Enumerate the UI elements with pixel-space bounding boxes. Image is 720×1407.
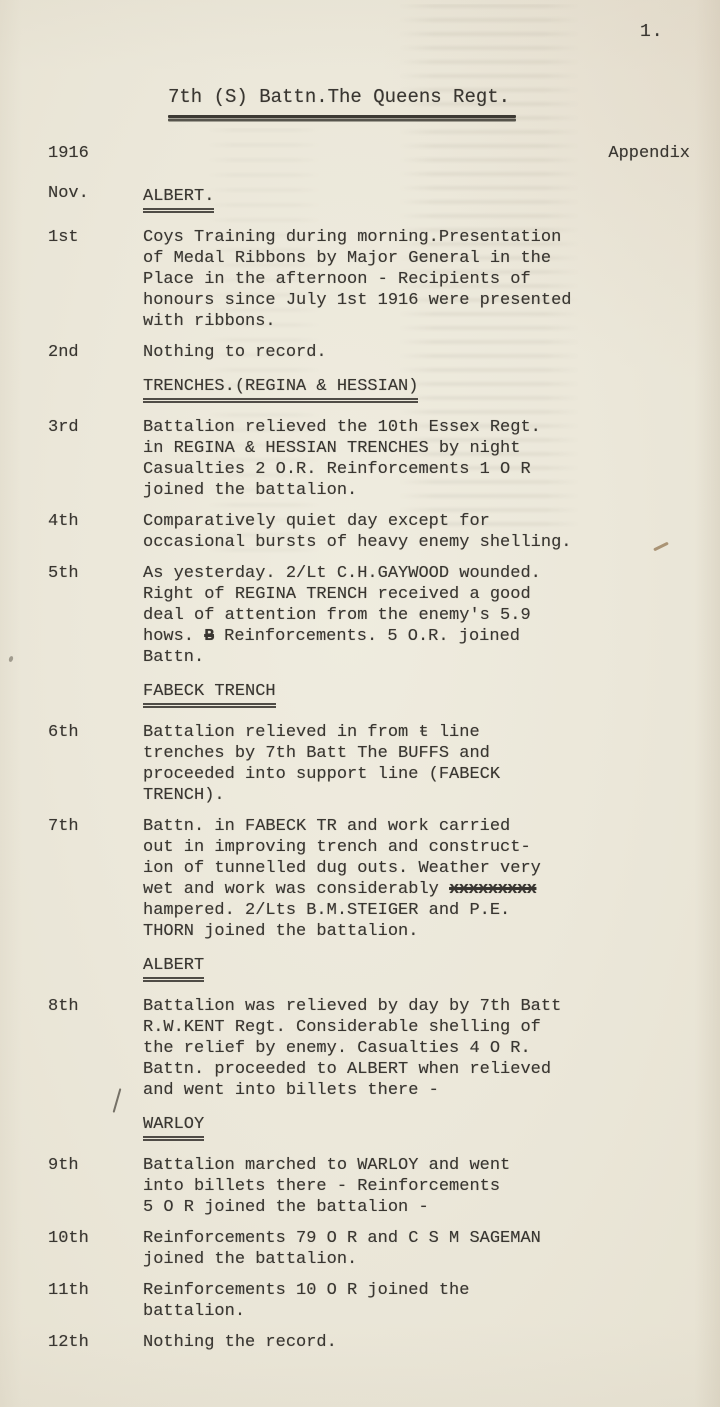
section-heading: ALBERT. <box>143 186 214 213</box>
section-heading: ALBERT <box>143 955 204 982</box>
entry-row: 5thAs yesterday. 2/Lt C.H.GAYWOOD wounde… <box>48 563 720 678</box>
year-label: 1916 <box>48 144 89 163</box>
entry-paragraph: Reinforcements 79 O R and C S M SAGEMANj… <box>143 1228 720 1270</box>
entry-date: 12th <box>48 1332 143 1353</box>
overstruck-text: xxxxxxxxx <box>449 880 536 899</box>
entry-date: 2nd <box>48 342 143 363</box>
entry-paragraph: Nothing to record. <box>143 342 720 363</box>
entry-paragraph: Battalion marched to WARLOY and wentinto… <box>143 1155 720 1218</box>
entry-body: Battalion was relieved by day by 7th Bat… <box>143 996 720 1111</box>
entry-row: 2ndNothing to record. <box>48 342 720 373</box>
entry-date: Nov. <box>48 183 143 204</box>
entry-body: Reinforcements 79 O R and C S M SAGEMANj… <box>143 1228 720 1280</box>
entry-text-line: Comparatively quiet day except for <box>143 511 720 532</box>
section-heading: WARLOY <box>143 1114 204 1141</box>
entry-row: 7thBattn. in FABECK TR and work carriedo… <box>48 816 720 952</box>
entry-text-line: As yesterday. 2/Lt C.H.GAYWOOD wounded. <box>143 563 720 584</box>
entry-body: ALBERT. <box>143 183 720 227</box>
diary-entries: Nov.ALBERT.1stCoys Training during morni… <box>48 183 720 1363</box>
entry-row: 6thBattalion relieved in from ŧ linetren… <box>48 722 720 816</box>
entry-paragraph: Battalion relieved in from ŧ linetrenche… <box>143 722 720 806</box>
entry-date: 7th <box>48 816 143 837</box>
section-row: FABECK TRENCH <box>48 678 720 722</box>
entry-text-line: THORN joined the battalion. <box>143 921 720 942</box>
overstruck-text: B <box>204 627 214 646</box>
entry-text-line: Battalion relieved in from ŧ line <box>143 722 720 743</box>
entry-text-line: honours since July 1st 1916 were present… <box>143 290 720 311</box>
entry-date: 8th <box>48 996 143 1017</box>
section-row: Nov.ALBERT. <box>48 183 720 227</box>
ink-speck <box>8 655 14 662</box>
entry-text-line: in REGINA & HESSIAN TRENCHES by night <box>143 438 720 459</box>
entry-body: WARLOY <box>143 1111 720 1155</box>
entry-row: 8thBattalion was relieved by day by 7th … <box>48 996 720 1111</box>
entry-body: As yesterday. 2/Lt C.H.GAYWOOD wounded.R… <box>143 563 720 678</box>
entry-text-line: battalion. <box>143 1301 720 1322</box>
entry-text-line: deal of attention from the enemy's 5.9 <box>143 605 720 626</box>
entry-row: 10thReinforcements 79 O R and C S M SAGE… <box>48 1228 720 1280</box>
entry-text-line: Reinforcements 79 O R and C S M SAGEMAN <box>143 1228 720 1249</box>
entry-text-line: occasional bursts of heavy enemy shellin… <box>143 532 720 553</box>
entry-text-line: joined the battalion. <box>143 480 720 501</box>
entry-text-line: TRENCH). <box>143 785 720 806</box>
entry-text-line: Battalion was relieved by day by 7th Bat… <box>143 996 720 1017</box>
entry-date: 6th <box>48 722 143 743</box>
entry-date: 4th <box>48 511 143 532</box>
section-row: ALBERT <box>48 952 720 996</box>
entry-body: Nothing to record. <box>143 342 720 373</box>
entry-text-line: out in improving trench and construct- <box>143 837 720 858</box>
entry-text-line: hows. B Reinforcements. 5 O.R. joined <box>143 626 720 647</box>
section-heading: TRENCHES.(REGINA & HESSIAN) <box>143 376 418 403</box>
entry-date: 10th <box>48 1228 143 1249</box>
entry-text-line: wet and work was considerably xxxxxxxxx <box>143 879 720 900</box>
entry-paragraph: Comparatively quiet day except foroccasi… <box>143 511 720 553</box>
entry-paragraph: Reinforcements 10 O R joined thebattalio… <box>143 1280 720 1322</box>
entry-row: 3rdBattalion relieved the 10th Essex Reg… <box>48 417 720 511</box>
section-heading: FABECK TRENCH <box>143 681 276 708</box>
entry-text-line: trenches by 7th Batt The BUFFS and <box>143 743 720 764</box>
entry-text-line: with ribbons. <box>143 311 720 332</box>
entry-date: 11th <box>48 1280 143 1301</box>
entry-date: 3rd <box>48 417 143 438</box>
entry-paragraph: Battalion was relieved by day by 7th Bat… <box>143 996 720 1101</box>
entry-text-line: Coys Training during morning.Presentatio… <box>143 227 720 248</box>
entry-row: 4thComparatively quiet day except forocc… <box>48 511 720 563</box>
entry-paragraph: Battn. in FABECK TR and work carriedout … <box>143 816 720 942</box>
section-row: WARLOY <box>48 1111 720 1155</box>
entry-body: Battalion marched to WARLOY and wentinto… <box>143 1155 720 1228</box>
section-row: TRENCHES.(REGINA & HESSIAN) <box>48 373 720 417</box>
entry-body: ALBERT <box>143 952 720 996</box>
entry-text-line: Casualties 2 O.R. Reinforcements 1 O R <box>143 459 720 480</box>
document-title: 7th (S) Battn.The Queens Regt. <box>168 86 516 108</box>
entry-date: 5th <box>48 563 143 584</box>
entry-text-line: Battalion marched to WARLOY and went <box>143 1155 720 1176</box>
entry-body: Battn. in FABECK TR and work carriedout … <box>143 816 720 952</box>
entry-text-line: and went into billets there - <box>143 1080 720 1101</box>
entry-body: TRENCHES.(REGINA & HESSIAN) <box>143 373 720 417</box>
war-diary-page: 1. 7th (S) Battn.The Queens Regt. 1916 A… <box>0 0 720 1407</box>
entry-text-line: Nothing to record. <box>143 342 720 363</box>
entry-text-line: Place in the afternoon - Recipients of <box>143 269 720 290</box>
entry-date: 1st <box>48 227 143 248</box>
entry-text-line: R.W.KENT Regt. Considerable shelling of <box>143 1017 720 1038</box>
entry-body: Battalion relieved in from ŧ linetrenche… <box>143 722 720 816</box>
entry-body: Nothing the record. <box>143 1332 720 1363</box>
year-row: 1916 Appendix <box>48 144 690 163</box>
entry-text-line: hampered. 2/Lts B.M.STEIGER and P.E. <box>143 900 720 921</box>
entry-text-line: ion of tunnelled dug outs. Weather very <box>143 858 720 879</box>
entry-text-line: Battn. <box>143 647 720 668</box>
entry-text-line: Right of REGINA TRENCH received a good <box>143 584 720 605</box>
entry-text-line: the relief by enemy. Casualties 4 O R. <box>143 1038 720 1059</box>
entry-row: 9thBattalion marched to WARLOY and wenti… <box>48 1155 720 1228</box>
entry-body: Coys Training during morning.Presentatio… <box>143 227 720 342</box>
entry-text-line: Battalion relieved the 10th Essex Regt. <box>143 417 720 438</box>
entry-body: Reinforcements 10 O R joined thebattalio… <box>143 1280 720 1332</box>
document-title-block: 7th (S) Battn.The Queens Regt. <box>168 86 516 118</box>
entry-text-line: into billets there - Reinforcements <box>143 1176 720 1197</box>
entry-paragraph: As yesterday. 2/Lt C.H.GAYWOOD wounded.R… <box>143 563 720 668</box>
entry-paragraph: Nothing the record. <box>143 1332 720 1353</box>
appendix-label: Appendix <box>608 144 690 163</box>
entry-body: Comparatively quiet day except foroccasi… <box>143 511 720 563</box>
entry-paragraph: Battalion relieved the 10th Essex Regt.i… <box>143 417 720 501</box>
entry-text-line: 5 O R joined the battalion - <box>143 1197 720 1218</box>
entry-date: 9th <box>48 1155 143 1176</box>
entry-text-line: Nothing the record. <box>143 1332 720 1353</box>
entry-body: Battalion relieved the 10th Essex Regt.i… <box>143 417 720 511</box>
entry-text-line: of Medal Ribbons by Major General in the <box>143 248 720 269</box>
entry-text-line: Reinforcements 10 O R joined the <box>143 1280 720 1301</box>
entry-row: 11thReinforcements 10 O R joined thebatt… <box>48 1280 720 1332</box>
entry-paragraph: Coys Training during morning.Presentatio… <box>143 227 720 332</box>
entry-row: 12thNothing the record. <box>48 1332 720 1363</box>
page-number: 1. <box>640 22 664 42</box>
entry-body: FABECK TRENCH <box>143 678 720 722</box>
entry-text-line: Battn. proceeded to ALBERT when relieved <box>143 1059 720 1080</box>
entry-text-line: Battn. in FABECK TR and work carried <box>143 816 720 837</box>
title-underline <box>168 115 516 118</box>
entry-row: 1stCoys Training during morning.Presenta… <box>48 227 720 342</box>
entry-text-line: joined the battalion. <box>143 1249 720 1270</box>
entry-text-line: proceeded into support line (FABECK <box>143 764 720 785</box>
